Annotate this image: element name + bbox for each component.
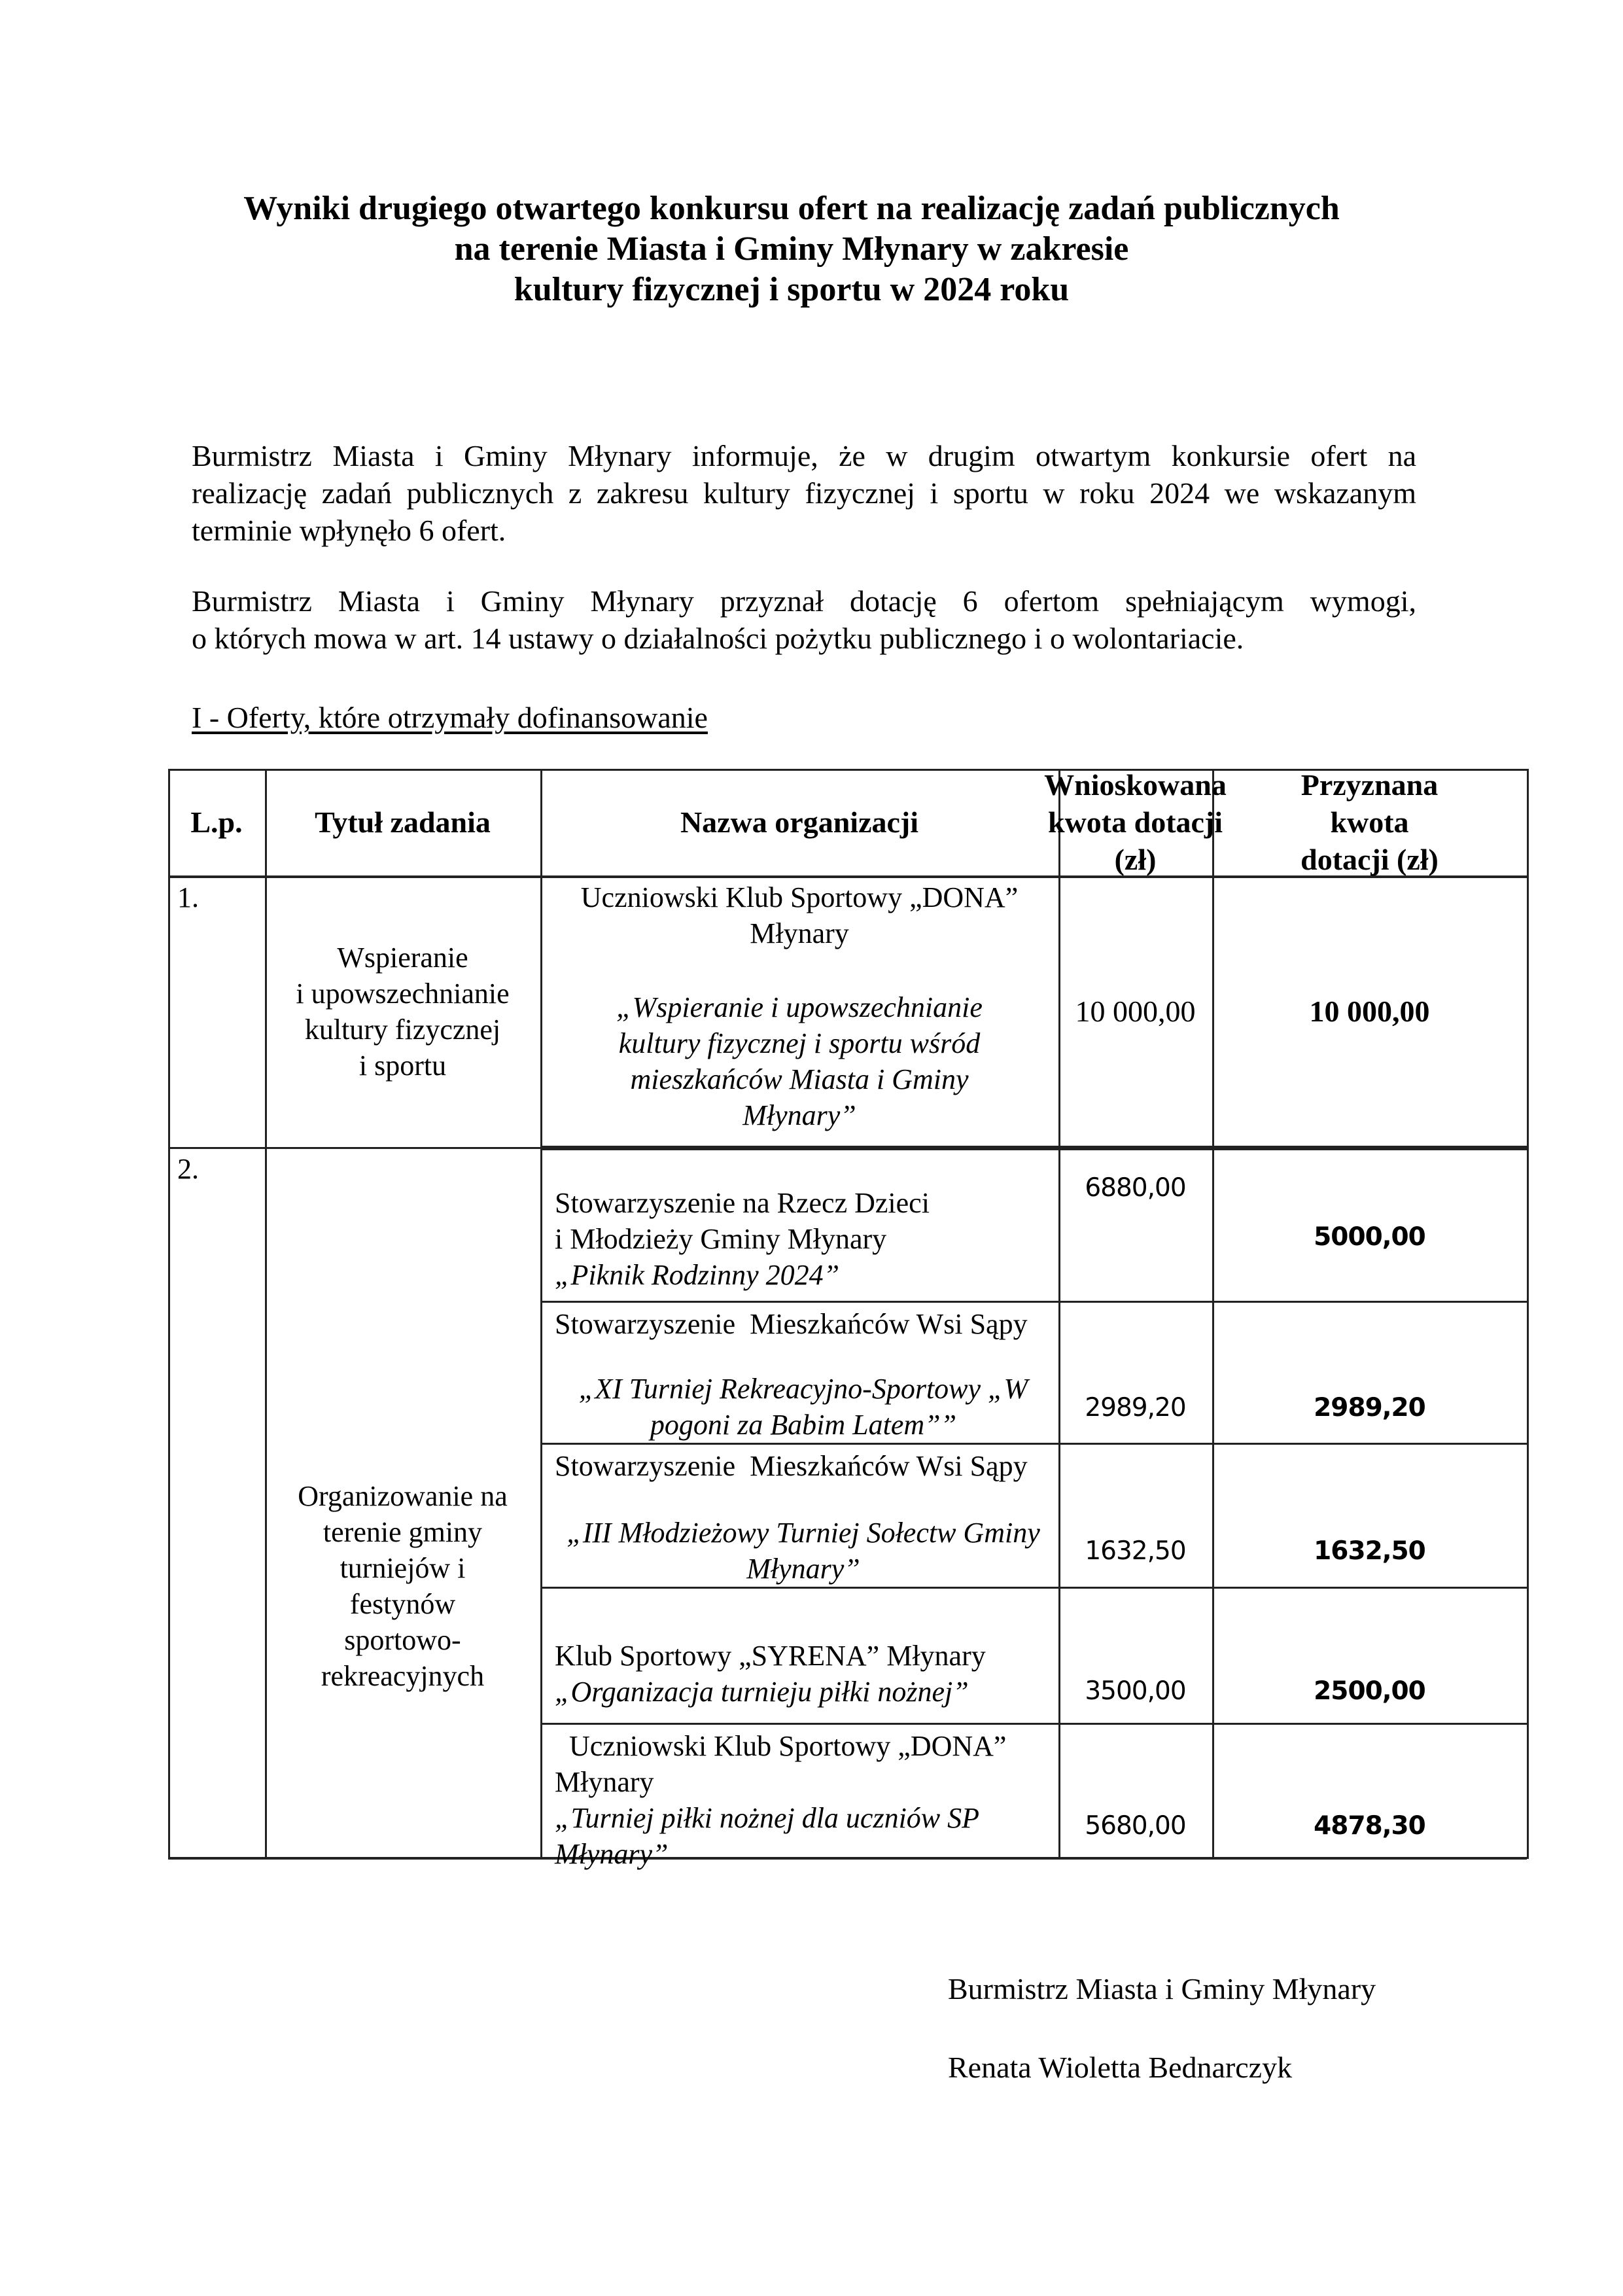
cell-line: 4878,30 — [1314, 1808, 1425, 1844]
requested-amount-cell: 1632,50 — [1058, 1479, 1212, 1623]
paragraph-line: terminie wpłynęło 6 ofert. — [192, 512, 1416, 549]
project-title: „III Młodzieżowy Turniej Sołectw GminyMł… — [555, 1515, 1052, 1587]
cell-line: Tytuł zadania — [315, 804, 491, 841]
cell-line: i upowszechnianie — [296, 976, 509, 1012]
cell-line: i sportu — [359, 1048, 446, 1084]
header-lp: L.p. — [168, 769, 265, 875]
table-rule — [540, 1301, 1527, 1303]
cell-line: Młynary” — [555, 1551, 1052, 1587]
table-rule — [168, 1147, 540, 1149]
cell-line: L.p. — [190, 804, 242, 841]
project-title: „Turniej piłki nożnej dla uczniów SPMłyn… — [555, 1800, 1052, 1872]
cell-line: Nazwa organizacji — [680, 804, 918, 841]
cell-line: Stowarzyszenie na Rzecz Dzieci — [555, 1185, 1052, 1221]
cell-line: „III Młodzieżowy Turniej Sołectw Gminy — [555, 1515, 1052, 1551]
cell-line: Młynary — [750, 915, 849, 951]
project-title: „XI Turniej Rekreacyjno-Sportowy „Wpogon… — [555, 1371, 1052, 1443]
cell-line: i Młodzieży Gminy Młynary — [555, 1221, 1052, 1257]
signature-office: Burmistrz Miasta i Gminy Młynary — [948, 1970, 1376, 2007]
requested-amount-cell: 5680,00 — [1058, 1759, 1212, 1893]
cell-line: 2. — [177, 1151, 265, 1187]
granted-amount-cell: 2989,20 — [1212, 1337, 1527, 1479]
cell-line: kultury fizycznej — [305, 1012, 500, 1048]
cell-line: Uczniowski Klub Sportowy „DONA” — [581, 879, 1018, 915]
requested-amount-cell: 10 000,00 — [1058, 875, 1212, 1147]
cell-line: 10 000,00 — [1075, 993, 1196, 1029]
granted-amount-cell: 4878,30 — [1212, 1759, 1527, 1893]
granted-amount-cell: 1632,50 — [1212, 1479, 1527, 1623]
paragraph-line: Burmistrz Miasta i Gminy Młynary informu… — [192, 437, 1416, 474]
spacer — [555, 1342, 1052, 1371]
table-rule — [1527, 769, 1529, 1859]
spacer — [555, 1484, 1052, 1515]
project-title: „Piknik Rodzinny 2024” — [555, 1257, 1052, 1293]
requested-amount-cell: 2989,20 — [1058, 1337, 1212, 1479]
paragraph-line: o których mowa w art. 14 ustawy o działa… — [192, 620, 1416, 657]
cell-line: 2989,20 — [1314, 1390, 1425, 1426]
task-title-cell: Wspieraniei upowszechnianiekultury fizyc… — [265, 915, 540, 1108]
header-granted-amount: Przyznanakwotadotacji (zł) — [1212, 769, 1527, 875]
cell-line: 1. — [177, 879, 265, 915]
organization-cell: Stowarzyszenie na Rzecz Dziecii Młodzież… — [555, 1185, 1052, 1301]
cell-line: Wnioskowana — [1044, 766, 1227, 804]
decision-paragraph: Burmistrz Miasta i Gminy Młynary przyzna… — [192, 582, 1416, 657]
cell-line: Stowarzyszenie Mieszkańców Wsi Sąpy — [555, 1448, 1052, 1484]
cell-line: Młynary — [555, 1764, 1052, 1800]
cell-line: „Piknik Rodzinny 2024” — [555, 1257, 1052, 1293]
lp-cell: 2. — [177, 1151, 265, 1857]
signature-name: Renata Wioletta Bednarczyk — [948, 2049, 1292, 2086]
cell-line: sportowo- — [344, 1622, 461, 1658]
requested-amount-cell: 6880,00 — [1058, 1155, 1212, 1220]
title-line: Wyniki drugiego otwartego konkursu ofert… — [164, 188, 1420, 229]
cell-line: pogoni za Babim Latem”” — [555, 1407, 1052, 1443]
lp-cell: 1. — [177, 879, 265, 1147]
cell-line: Stowarzyszenie Mieszkańców Wsi Sąpy — [555, 1306, 1052, 1342]
intro-paragraph: Burmistrz Miasta i Gminy Młynary informu… — [192, 437, 1416, 549]
cell-line: kultury fizycznej i sportu wśród — [619, 1025, 980, 1061]
cell-line: 5680,00 — [1085, 1808, 1185, 1844]
cell-line: (zł) — [1115, 841, 1157, 878]
cell-line: kwota — [1330, 804, 1408, 841]
header-requested-amount: Wnioskowanakwota dotacji(zł) — [1058, 769, 1212, 875]
cell-line: 10 000,00 — [1310, 993, 1430, 1029]
cell-line: rekreacyjnych — [321, 1658, 484, 1694]
cell-line: „Wspieranie i upowszechnianie — [616, 989, 983, 1025]
organization-cell: Uczniowski Klub Sportowy „DONA”Młynary„T… — [555, 1728, 1052, 1857]
table-rule — [168, 769, 170, 1859]
header-task-title: Tytuł zadania — [265, 769, 540, 875]
title-line: kultury fizycznej i sportu w 2024 roku — [164, 270, 1420, 310]
paragraph-line: realizację zadań publicznych z zakresu k… — [192, 474, 1416, 512]
granted-amount-cell: 10 000,00 — [1212, 875, 1527, 1147]
cell-line: Wspieranie — [337, 940, 468, 976]
section-heading: I - Oferty, które otrzymały dofinansowan… — [192, 699, 708, 736]
cell-line: „XI Turniej Rekreacyjno-Sportowy „W — [555, 1371, 1052, 1407]
project-title: „Organizacja turnieju piłki nożnej” — [555, 1674, 1052, 1710]
title-line: na terenie Miasta i Gminy Młynary w zakr… — [164, 229, 1420, 270]
cell-line: 5000,00 — [1314, 1219, 1425, 1255]
document-page: Wyniki drugiego otwartego konkursu ofert… — [0, 0, 1623, 2296]
cell-line: 1632,50 — [1085, 1533, 1185, 1569]
cell-line: dotacji (zł) — [1300, 841, 1439, 878]
cell-line: mieszkańców Miasta i Gminy — [631, 1061, 969, 1097]
cell-line: 6880,00 — [1085, 1170, 1185, 1206]
cell-line: turniejów i — [340, 1550, 466, 1586]
cell-line: Młynary” — [555, 1836, 1052, 1872]
granted-amount-cell: 5000,00 — [1212, 1188, 1527, 1286]
document-title: Wyniki drugiego otwartego konkursu ofert… — [164, 188, 1420, 310]
cell-line: Klub Sportowy „SYRENA” Młynary — [555, 1638, 1052, 1674]
organization-cell: Stowarzyszenie Mieszkańców Wsi Sąpy„XI T… — [555, 1306, 1052, 1443]
paragraph-line: Burmistrz Miasta i Gminy Młynary przyzna… — [192, 582, 1416, 620]
organization-cell: Stowarzyszenie Mieszkańców Wsi Sąpy„III … — [555, 1448, 1052, 1587]
cell-line: Przyznana — [1301, 766, 1439, 804]
cell-line: kwota dotacji — [1048, 804, 1223, 841]
cell-line: Uczniowski Klub Sportowy „DONA” — [555, 1728, 1052, 1764]
cell-line: 2500,00 — [1314, 1673, 1425, 1709]
cell-line: festynów — [350, 1586, 455, 1622]
organization-cell: Klub Sportowy „SYRENA” Młynary„Organizac… — [555, 1638, 1052, 1723]
header-organization: Nazwa organizacji — [540, 769, 1058, 875]
granted-amount-cell: 2500,00 — [1212, 1623, 1527, 1759]
cell-line: „Organizacja turnieju piłki nożnej” — [555, 1674, 1052, 1710]
cell-line: Młynary” — [742, 1097, 856, 1133]
requested-amount-cell: 3500,00 — [1058, 1623, 1212, 1759]
cell-line: 2989,20 — [1085, 1390, 1185, 1426]
task-title-cell: Organizowanie naterenie gminyturniejów i… — [265, 1423, 540, 1749]
cell-line: 3500,00 — [1085, 1673, 1185, 1709]
cell-line: Organizowanie na — [298, 1478, 508, 1514]
cell-line: 1632,50 — [1314, 1533, 1425, 1569]
cell-line: terenie gminy — [323, 1514, 482, 1550]
organization-cell: Uczniowski Klub Sportowy „DONA”Młynary„W… — [540, 879, 1058, 1147]
cell-line: „Turniej piłki nożnej dla uczniów SP — [555, 1800, 1052, 1836]
